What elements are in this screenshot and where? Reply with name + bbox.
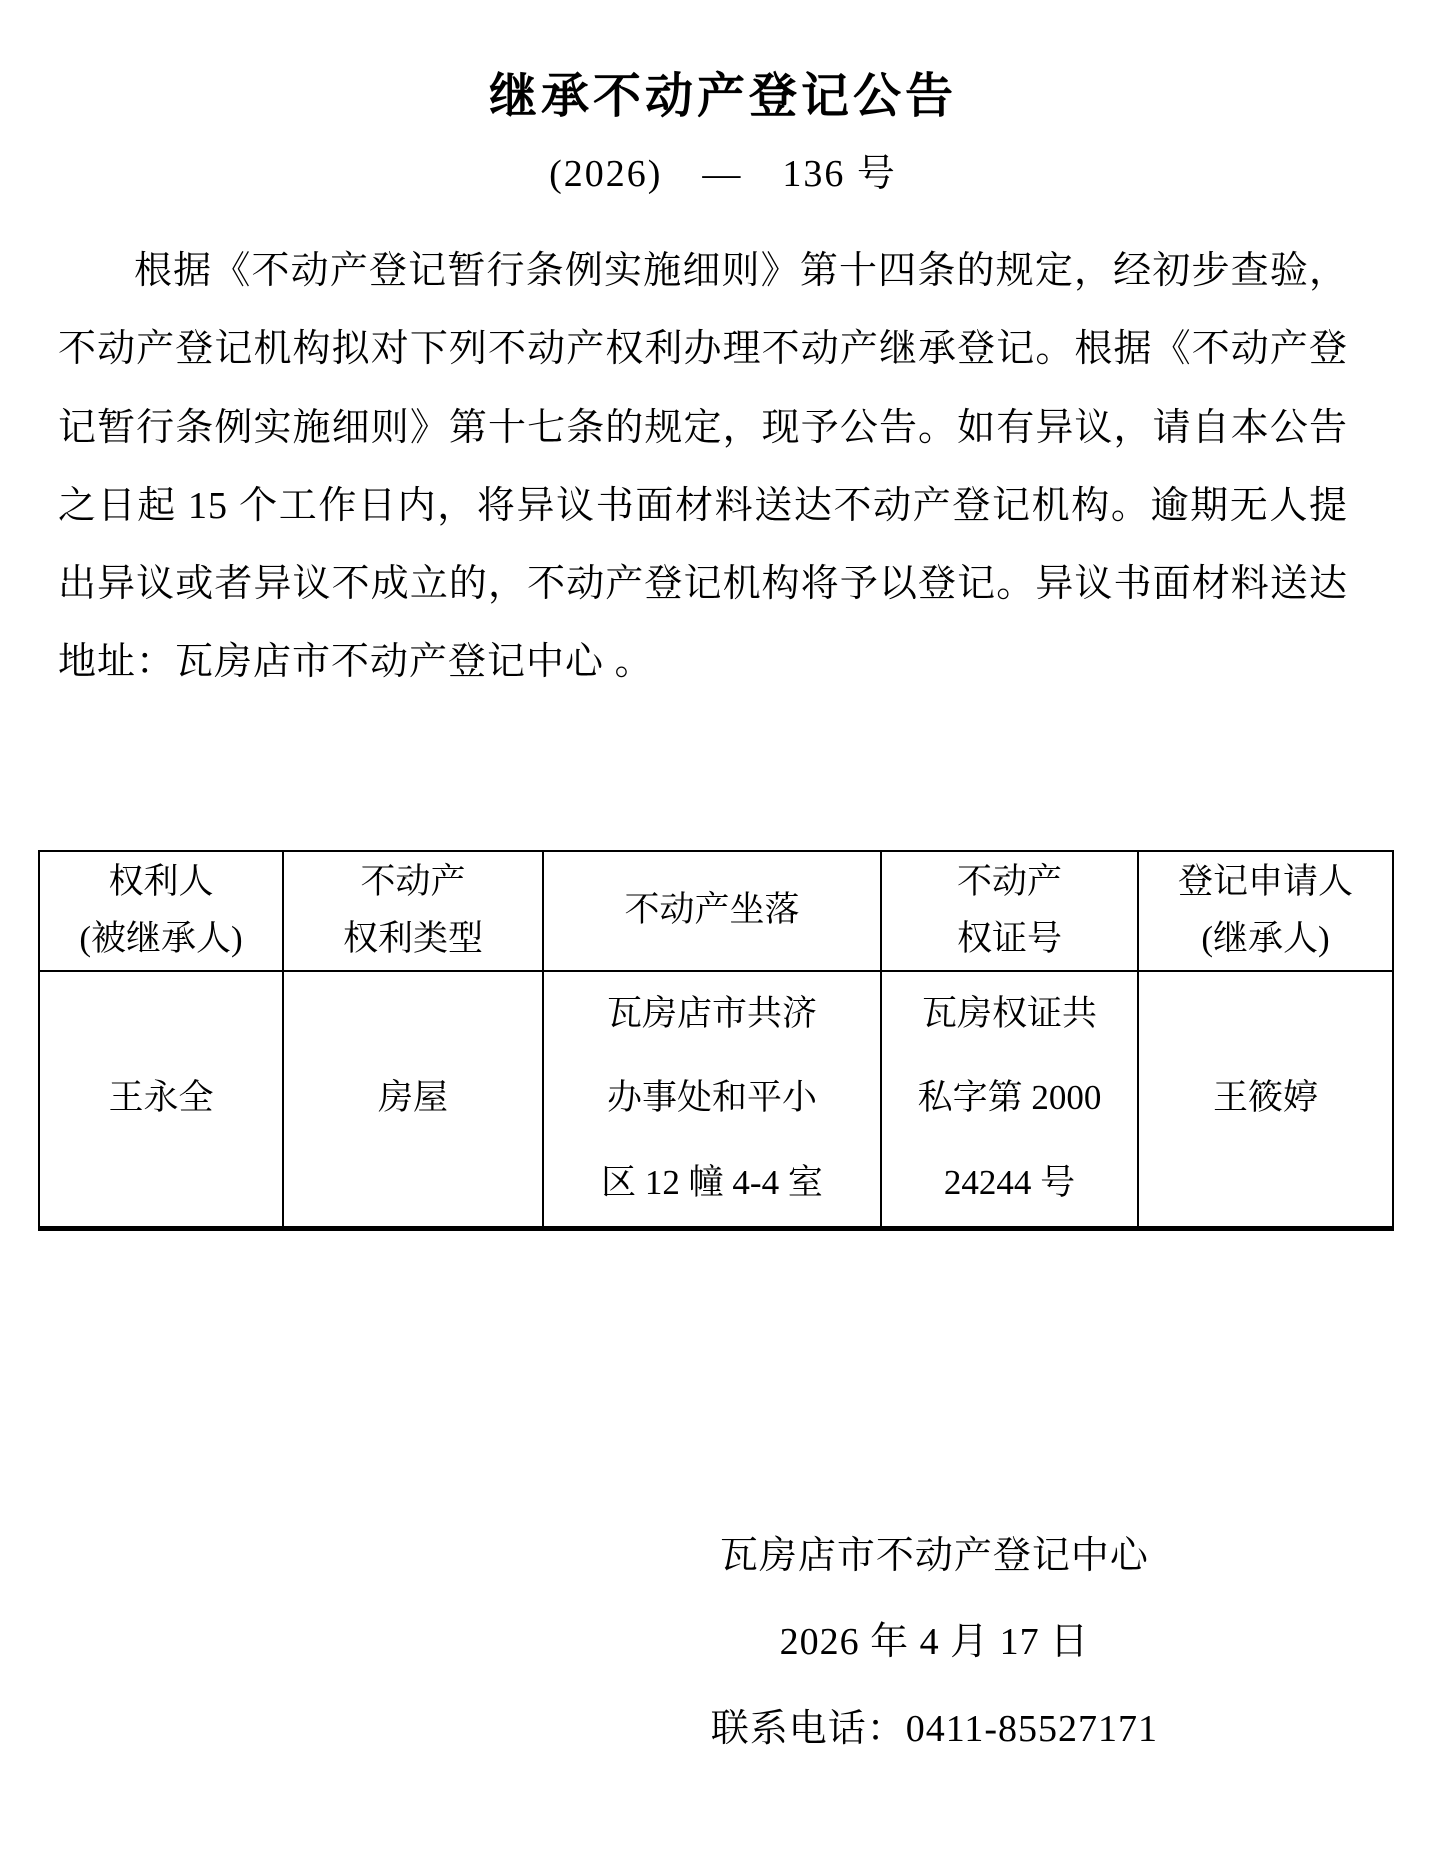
doc-number: (2026) — 136 号 bbox=[0, 152, 1446, 198]
page-title: 继承不动产登记公告 bbox=[0, 0, 1446, 128]
table-header-rightsholder: 权利人 (被继承人) bbox=[39, 851, 283, 971]
table-row: 王永全 房屋 瓦房店市共济 办事处和平小 区 12 幢 4-4 室 瓦房权证共 … bbox=[39, 971, 1393, 1229]
property-table: 权利人 (被继承人) 不动产 权利类型 不动产坐落 不动产 权证号 登记申请人 … bbox=[38, 850, 1394, 1231]
footer-phone: 联系电话：0411-85527171 bbox=[711, 1686, 1158, 1773]
cell-certificate-no: 瓦房权证共 私字第 2000 24244 号 bbox=[881, 971, 1138, 1229]
cell-right-type: 房屋 bbox=[283, 971, 543, 1229]
table-header-right-type: 不动产 权利类型 bbox=[283, 851, 543, 971]
announcement-page: 继承不动产登记公告 (2026) — 136 号 根据《不动产登记暂行条例实施细… bbox=[0, 0, 1446, 1870]
cell-location: 瓦房店市共济 办事处和平小 区 12 幢 4-4 室 bbox=[543, 971, 881, 1229]
table-header-row: 权利人 (被继承人) 不动产 权利类型 不动产坐落 不动产 权证号 登记申请人 … bbox=[39, 851, 1393, 971]
footer: 瓦房店市不动产登记中心 2026 年 4 月 17 日 联系电话：0411-85… bbox=[711, 1513, 1158, 1773]
announcement-body: 根据《不动产登记暂行条例实施细则》第十四条的规定，经初步查验，不动产登记机构拟对… bbox=[58, 232, 1348, 702]
table-header-location: 不动产坐落 bbox=[543, 851, 881, 971]
cell-applicant: 王筱婷 bbox=[1138, 971, 1393, 1229]
footer-issuer: 瓦房店市不动产登记中心 bbox=[711, 1513, 1158, 1600]
table-header-applicant: 登记申请人 (继承人) bbox=[1138, 851, 1393, 971]
table-header-certificate-no: 不动产 权证号 bbox=[881, 851, 1138, 971]
cell-rightsholder: 王永全 bbox=[39, 971, 283, 1229]
footer-date: 2026 年 4 月 17 日 bbox=[711, 1599, 1158, 1686]
